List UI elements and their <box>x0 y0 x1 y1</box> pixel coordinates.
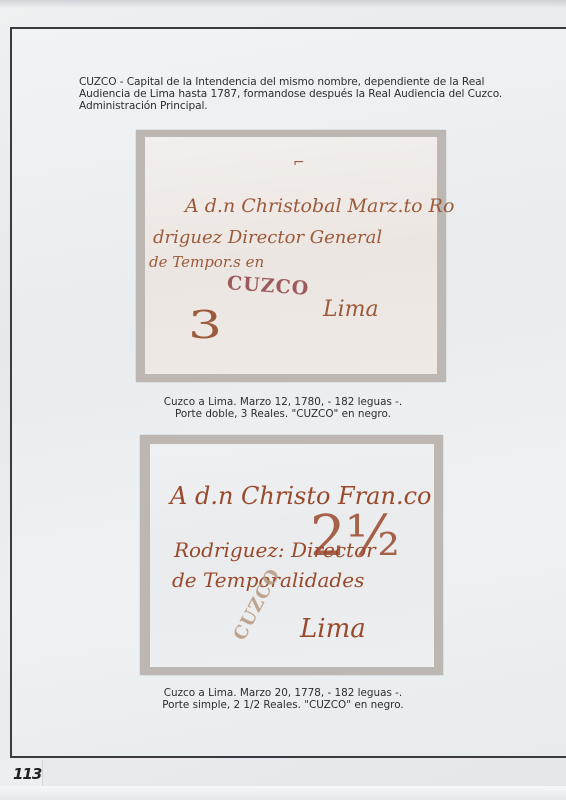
heading-line-3: Administración Principal. <box>79 100 529 112</box>
page-edge-shadow <box>0 0 566 8</box>
handwritten-mark: ⌐ <box>293 155 305 171</box>
page-number: 113 <box>13 765 41 783</box>
letter-paper: ⌐ A d.n Christobal Marz.to Ro driguez Di… <box>145 137 437 374</box>
cover-caption-2: Cuzco a Lima. Marzo 20, 1778, - 182 legu… <box>63 687 503 712</box>
page-heading: CUZCO - Capital de la Intendencia del mi… <box>79 76 529 113</box>
handwritten-address-line-2: driguez Director General <box>153 227 382 248</box>
handwritten-rate: 2½ <box>310 504 400 569</box>
handwritten-rate: 3 <box>188 303 222 347</box>
handwritten-address-line-1: A d.n Christobal Marz.to Ro <box>185 195 454 217</box>
handwritten-address-line-3: de Tempor.s en <box>149 253 264 271</box>
letter-paper: A d.n Christo Fran.co Rodriguez: Directo… <box>150 444 434 667</box>
cover-image-1: ⌐ A d.n Christobal Marz.to Ro driguez Di… <box>136 130 446 382</box>
handwritten-destination: Lima <box>323 297 379 322</box>
caption-line-2: Porte simple, 2 1/2 Reales. "CUZCO" en n… <box>63 699 503 711</box>
cover-caption-1: Cuzco a Lima. Marzo 12, 1780, - 182 legu… <box>63 396 503 421</box>
heading-line-2: Audiencia de Lima hasta 1787, formandose… <box>79 88 529 100</box>
caption-line-2: Porte doble, 3 Reales. "CUZCO" en negro. <box>63 408 503 420</box>
cover-image-2: A d.n Christo Fran.co Rodriguez: Directo… <box>140 435 443 675</box>
caption-line-1: Cuzco a Lima. Marzo 20, 1778, - 182 legu… <box>63 687 503 699</box>
cuzco-postmark: CUZCO <box>226 272 310 300</box>
handwritten-destination: Lima <box>300 614 366 644</box>
caption-line-1: Cuzco a Lima. Marzo 12, 1780, - 182 legu… <box>63 396 503 408</box>
page-bottom-edge <box>0 786 566 800</box>
heading-line-1: CUZCO - Capital de la Intendencia del mi… <box>79 76 529 88</box>
